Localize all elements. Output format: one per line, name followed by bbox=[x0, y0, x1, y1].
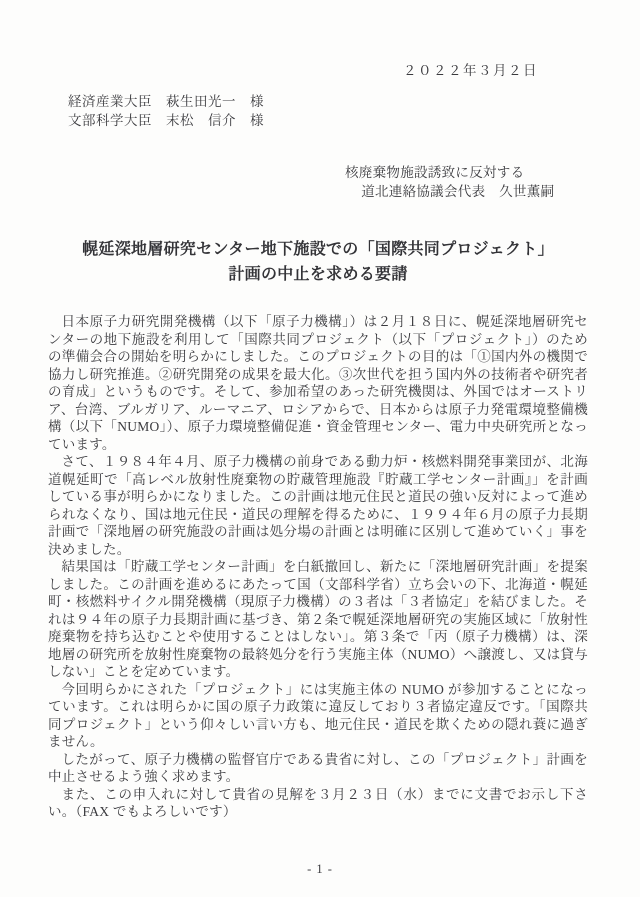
recipient-block: 経済産業大臣 萩生田光一 様 文部科学大臣 末松 信介 様 bbox=[68, 93, 588, 130]
paragraph: 今回明らかにされた「プロジェクト」には実施主体の NUMO が参加することになっ… bbox=[48, 681, 588, 751]
document-body: 日本原子力研究開発機構（以下「原子力機構」）は２月１８日に、幌延深地層研究センタ… bbox=[48, 313, 588, 821]
paragraph: 日本原子力研究開発機構（以下「原子力機構」）は２月１８日に、幌延深地層研究センタ… bbox=[48, 313, 588, 453]
recipient-line: 経済産業大臣 萩生田光一 様 bbox=[68, 93, 588, 112]
recipient-line: 文部科学大臣 末松 信介 様 bbox=[68, 112, 588, 131]
document-title: 幌延深地層研究センター地下施設での「国際共同プロジェクト」 計画の中止を求める要… bbox=[48, 237, 588, 287]
date-line: ２０２２年３月２日 bbox=[48, 62, 588, 80]
paragraph: また、この申入れに対して貴省の見解を３月２３日（水）までに文書でお示し下さい。（… bbox=[48, 786, 588, 821]
sender-organization: 核廃棄物施設誘致に反対する bbox=[345, 163, 588, 182]
document-page: ２０２２年３月２日 経済産業大臣 萩生田光一 様 文部科学大臣 末松 信介 様 … bbox=[0, 0, 640, 897]
title-line-2: 計画の中止を求める要請 bbox=[228, 266, 407, 283]
sender-representative: 道北連絡協議会代表 久世薫嗣 bbox=[345, 182, 588, 201]
paragraph: さて、１９８４年４月、原子力機構の前身である動力炉・核燃料開発事業団が、北海道幌… bbox=[48, 453, 588, 558]
sender-block: 核廃棄物施設誘致に反対する 道北連絡協議会代表 久世薫嗣 bbox=[345, 163, 588, 201]
paragraph: 結果国は「貯蔵工学センター計画」を白紙撤回し、新たに「深地層研究計画」を提案しま… bbox=[48, 558, 588, 681]
page-number: - 1 - bbox=[0, 862, 640, 877]
title-line-1: 幌延深地層研究センター地下施設での「国際共同プロジェクト」 bbox=[82, 241, 554, 258]
paragraph: したがって、原子力機構の監督官庁である貴省に対し、この「プロジェクト」計画を中止… bbox=[48, 751, 588, 786]
